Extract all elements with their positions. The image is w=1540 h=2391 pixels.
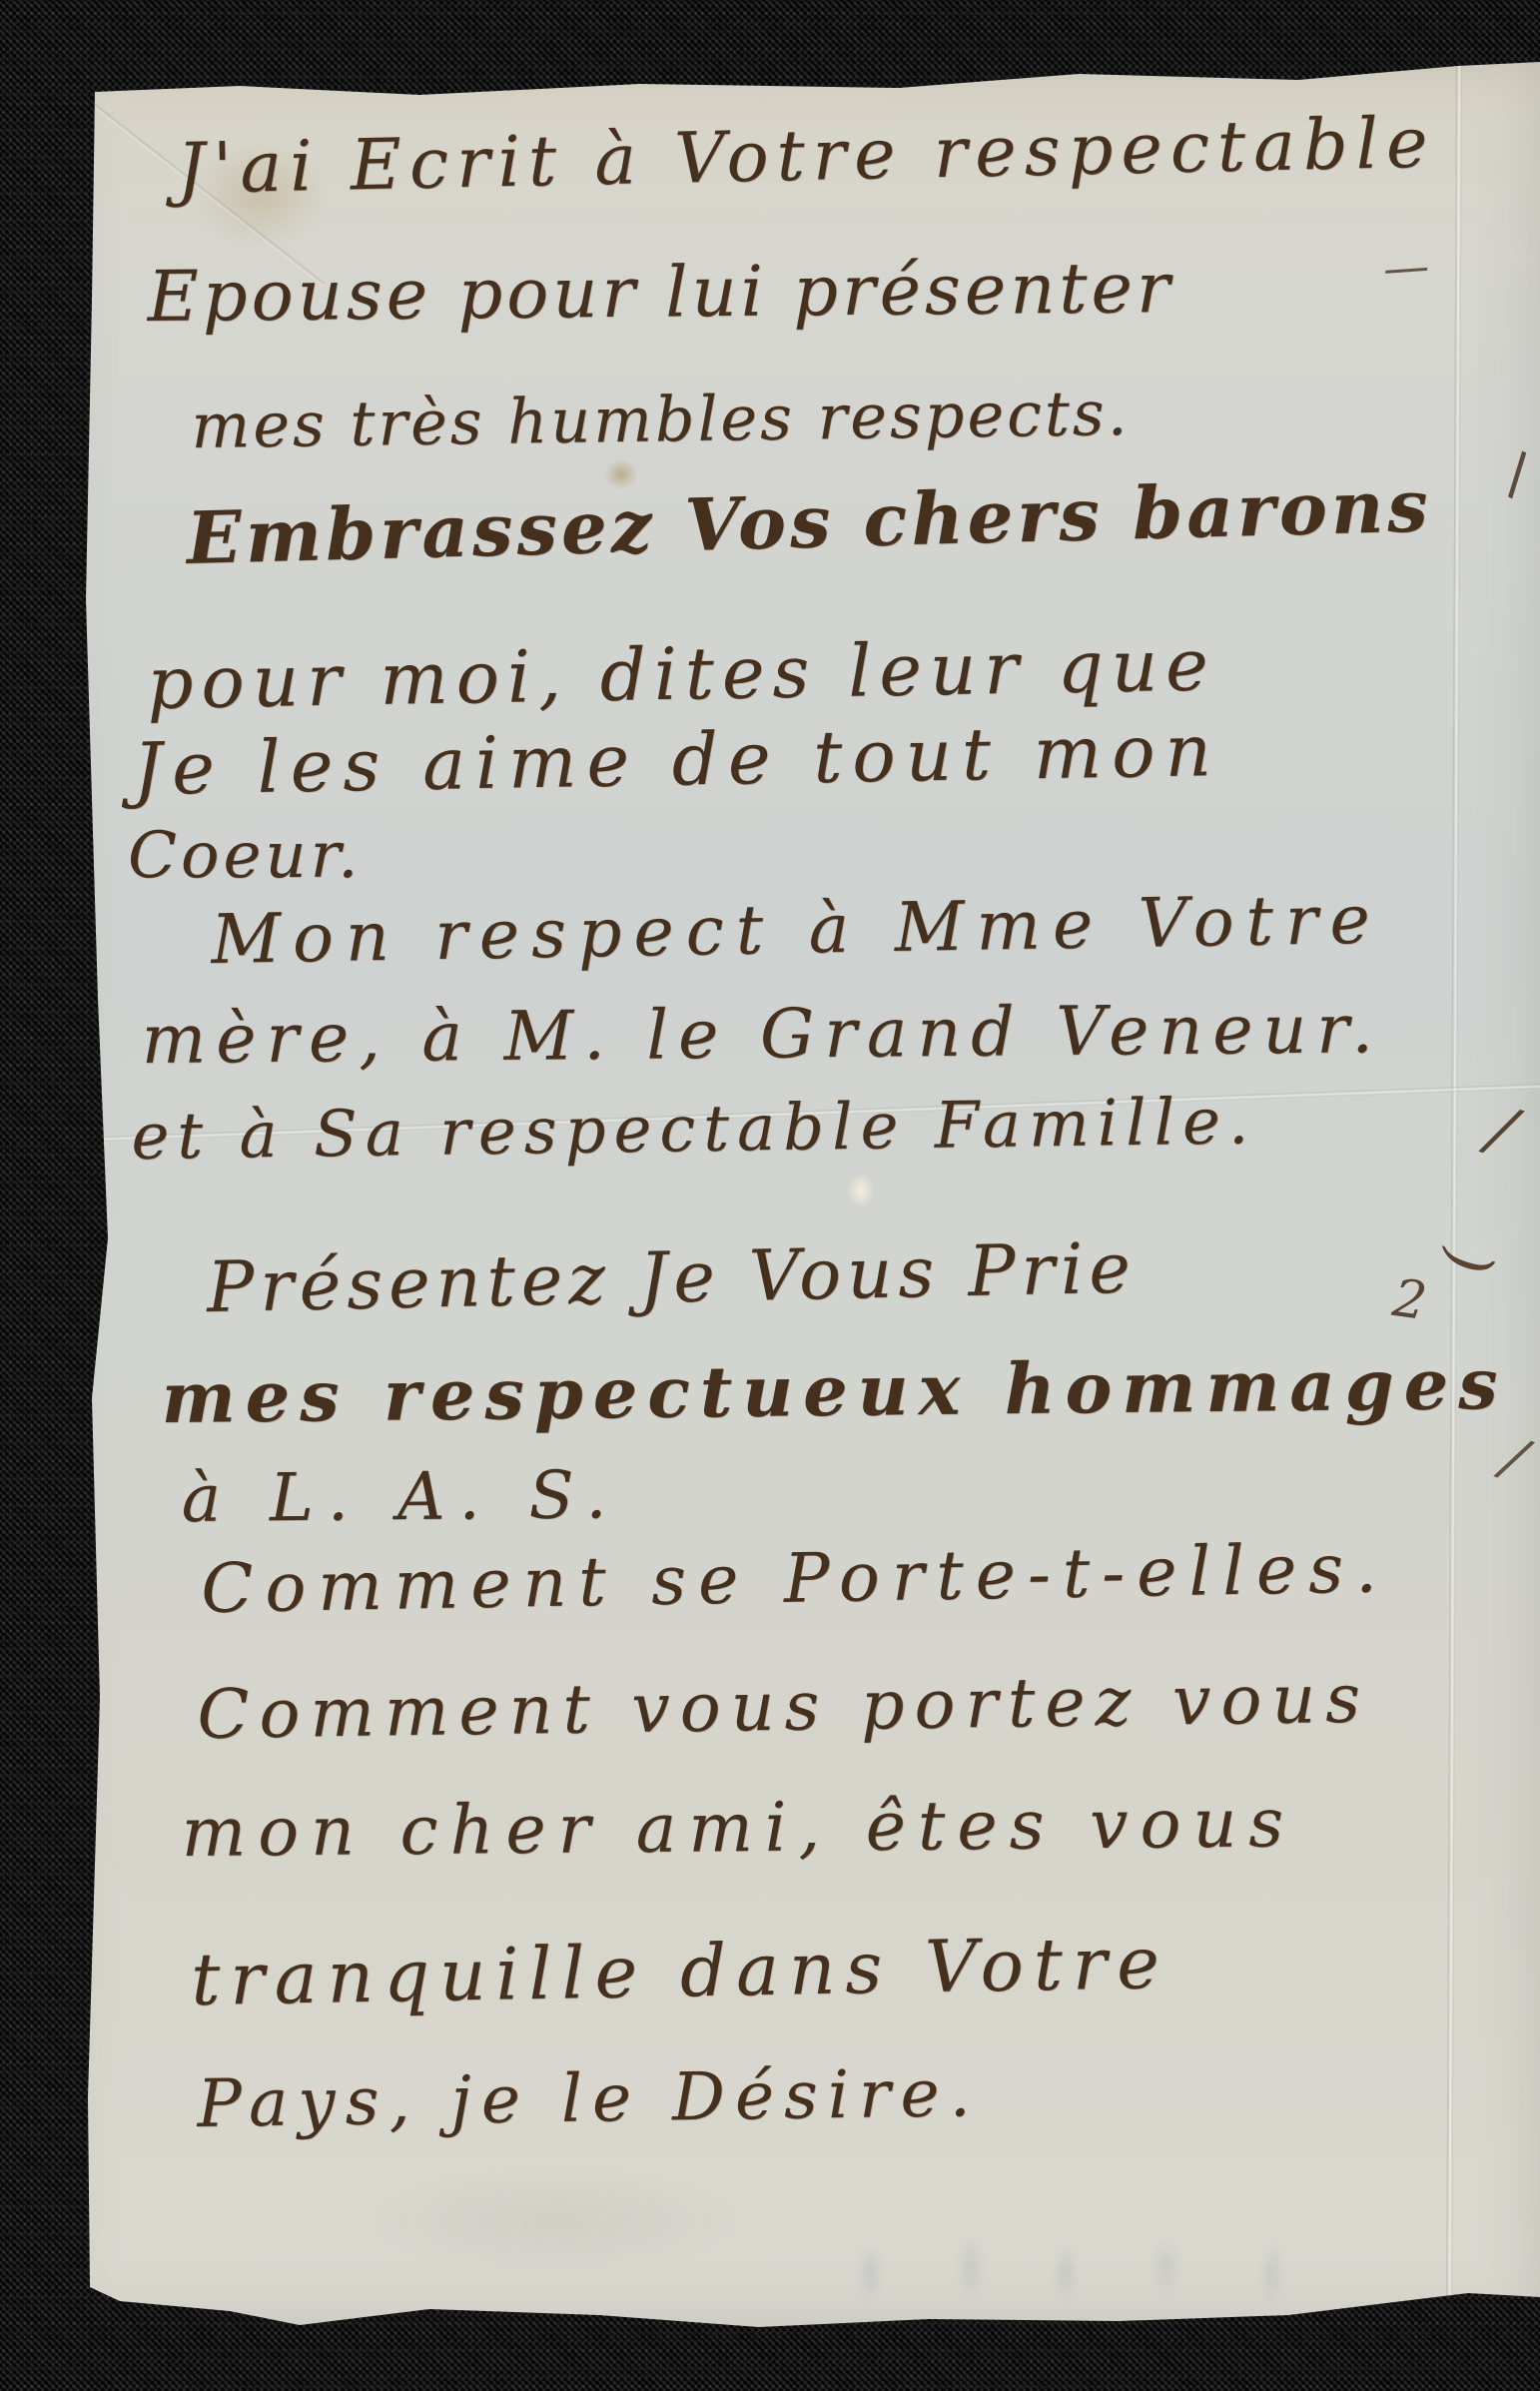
letter-line: mon cher ami, êtes vous [181,1784,1295,1873]
stray-ink-mark: / [1480,1092,1523,1169]
letter-line: à L. A. S. [181,1456,620,1537]
scan-background-fabric: J'ai Ecrit à Votre respectable Epouse po… [0,0,1540,2391]
stray-ink-mark: / [1494,1425,1534,1493]
paper-stain [305,2147,804,2297]
stray-ink-mark: \ [1495,438,1540,508]
letter-line: mère, à M. le Grand Veneur. [141,990,1383,1080]
letter-line: pour moi, dites leur que [147,622,1217,725]
stray-ink-mark: ) [1434,1246,1506,1277]
letter-line: Je les aime de tout mon [133,708,1222,811]
letter-line: J'ai Ecrit à Votre respectable [176,102,1436,210]
stray-ink-mark: — [1381,238,1431,295]
letter-line: Comment vous portez vous [197,1660,1371,1755]
horizontal-fold-crease [45,1083,1540,1144]
letter-page: J'ai Ecrit à Votre respectable Epouse po… [55,60,1540,2327]
stray-ink-mark: 2 [1389,1268,1430,1332]
corner-crease [63,80,326,286]
letter-line: Embrassez Vos chers barons [186,462,1433,580]
paper-stain [165,120,355,270]
letter-line: Epouse pour lui présenter [147,247,1173,338]
vertical-fold-crease [1446,60,1462,2327]
letter-line: Comment se Porte-t-elles. [201,1529,1390,1629]
paper-pale-spot [844,1169,878,1212]
letter-line: mes très humbles respects. [191,377,1131,462]
bleed-through-watermark [814,2207,1373,2327]
letter-line: tranquille dans Votre [191,1921,1170,2021]
letter-line: Pays, je le Désire. [197,2054,981,2142]
letter-line: et à Sa respectable Famille. [131,1085,1257,1175]
letter-line: Mon respect à Mme Votre [211,881,1383,980]
letter-line: mes respectueux hommages [161,1342,1508,1439]
letter-line: Présentez Je Vous Prie [206,1227,1137,1328]
letter-line: Coeur. [128,819,363,893]
paper-stain [599,454,643,494]
